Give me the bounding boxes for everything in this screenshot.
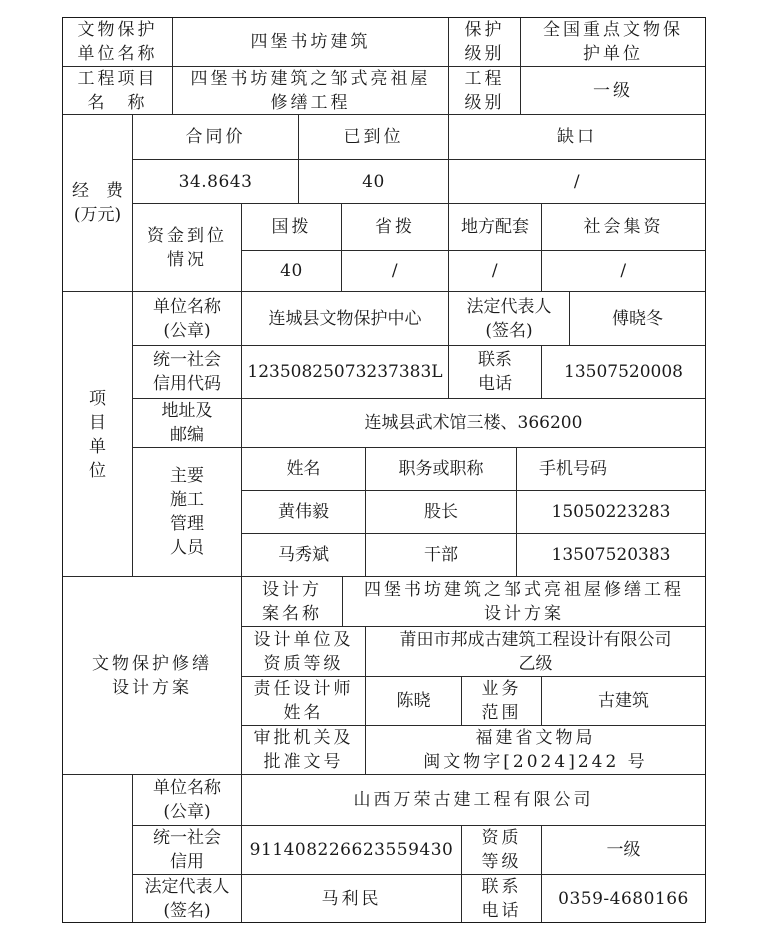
contractor-credit-code: 911408226623559430 xyxy=(241,825,462,875)
project-grade-label: 工程 级别 xyxy=(448,66,521,115)
project-unit-phone: 13507520008 xyxy=(541,345,706,399)
staff-row-2-mobile: 13507520383 xyxy=(516,533,706,577)
project-name-label: 工程项目 名 称 xyxy=(62,66,173,115)
contractor-name-label: 单位名称 (公章) xyxy=(132,774,242,826)
source-value-social: / xyxy=(541,250,706,292)
contractor-qualification: 一级 xyxy=(541,825,706,875)
project-unit-name-label: 单位名称 (公章) xyxy=(132,291,242,346)
project-unit-phone-label: 联系 电话 xyxy=(448,345,542,399)
project-unit-name: 连城县文物保护中心 xyxy=(241,291,449,346)
source-header-national: 国拨 xyxy=(241,203,342,251)
staff-row-1-name: 黄伟毅 xyxy=(241,490,366,534)
funding-section-label: 经 费 (万元) xyxy=(62,114,133,292)
project-unit-address-label: 地址及 邮编 xyxy=(132,398,242,448)
project-unit-section-label: 项 目 单 位 xyxy=(62,291,133,577)
heritage-unit-name: 四堡书坊建筑 xyxy=(172,17,449,67)
protection-level-label: 保护 级别 xyxy=(448,17,521,67)
contractor-legal-rep: 马利民 xyxy=(241,874,462,923)
source-header-local: 地方配套 xyxy=(448,203,542,251)
contractor-phone: 0359-4680166 xyxy=(541,874,706,923)
staff-row-2-name: 马秀斌 xyxy=(241,533,366,577)
project-grade: 一级 xyxy=(520,66,706,115)
business-scope-label: 业务 范围 xyxy=(461,676,542,726)
source-value-local: / xyxy=(448,250,542,292)
design-unit: 莆田市邦成古建筑工程设计有限公司 乙级 xyxy=(365,626,706,677)
contractor-phone-label: 联系 电话 xyxy=(461,874,542,923)
design-unit-label: 设计单位及 资质等级 xyxy=(241,626,366,677)
contractor-name: 山西万荣古建工程有限公司 xyxy=(241,774,706,826)
staff-row-1-mobile: 15050223283 xyxy=(516,490,706,534)
funding-arrival-label: 资金到位 情况 xyxy=(132,203,242,292)
design-plan-name-label: 设计方 案名称 xyxy=(241,576,343,627)
project-unit-credit-code: 12350825073237383L xyxy=(241,345,449,399)
project-info-form: 文物保护 单位名称 四堡书坊建筑 保护 级别 全国重点文物保 护单位 工程项目 … xyxy=(0,0,763,950)
design-plan-name: 四堡书坊建筑之邹式亮祖屋修缮工程 设计方案 xyxy=(342,576,706,627)
protection-level: 全国重点文物保 护单位 xyxy=(520,17,706,67)
funding-header-arrived: 已到位 xyxy=(298,114,449,160)
staff-header-name: 姓名 xyxy=(241,447,366,491)
project-unit-address: 连城县武术馆三楼、366200 xyxy=(241,398,706,448)
staff-row-2-title: 干部 xyxy=(365,533,517,577)
source-header-provincial: 省拨 xyxy=(341,203,449,251)
source-header-social: 社会集资 xyxy=(541,203,706,251)
contractor-credit-label: 统一社会 信用 xyxy=(132,825,242,875)
project-unit-legal-rep-label: 法定代表人 (签名) xyxy=(448,291,570,346)
source-value-provincial: / xyxy=(341,250,449,292)
funding-header-contract: 合同价 xyxy=(132,114,299,160)
heritage-unit-name-label: 文物保护 单位名称 xyxy=(62,17,173,67)
source-value-national: 40 xyxy=(241,250,342,292)
funding-header-gap: 缺口 xyxy=(448,114,706,160)
funding-gap-value: / xyxy=(448,159,706,204)
project-unit-legal-rep: 傅晓冬 xyxy=(569,291,706,346)
contractor-section-label xyxy=(62,774,133,923)
staff-section-label: 主要 施工 管理 人员 xyxy=(132,447,242,577)
contractor-qualification-label: 资质 等级 xyxy=(461,825,542,875)
contractor-legal-rep-label: 法定代表人 (签名) xyxy=(132,874,242,923)
staff-header-title: 职务或职称 xyxy=(365,447,517,491)
business-scope: 古建筑 xyxy=(541,676,706,726)
approval-label: 审批机关及 批准文号 xyxy=(241,725,366,775)
project-name: 四堡书坊建筑之邹式亮祖屋 修缮工程 xyxy=(172,66,449,115)
staff-row-1-title: 股长 xyxy=(365,490,517,534)
chief-designer: 陈晓 xyxy=(365,676,462,726)
project-unit-credit-code-label: 统一社会 信用代码 xyxy=(132,345,242,399)
funding-contract-value: 34.8643 xyxy=(132,159,299,204)
chief-designer-label: 责任设计师 姓名 xyxy=(241,676,366,726)
staff-header-mobile: 手机号码 xyxy=(516,447,706,491)
design-section-label: 文物保护修缮 设计方案 xyxy=(62,576,242,775)
approval-doc: 福建省文物局 闽文物字[2024]242 号 xyxy=(365,725,706,775)
funding-arrived-value: 40 xyxy=(298,159,449,204)
